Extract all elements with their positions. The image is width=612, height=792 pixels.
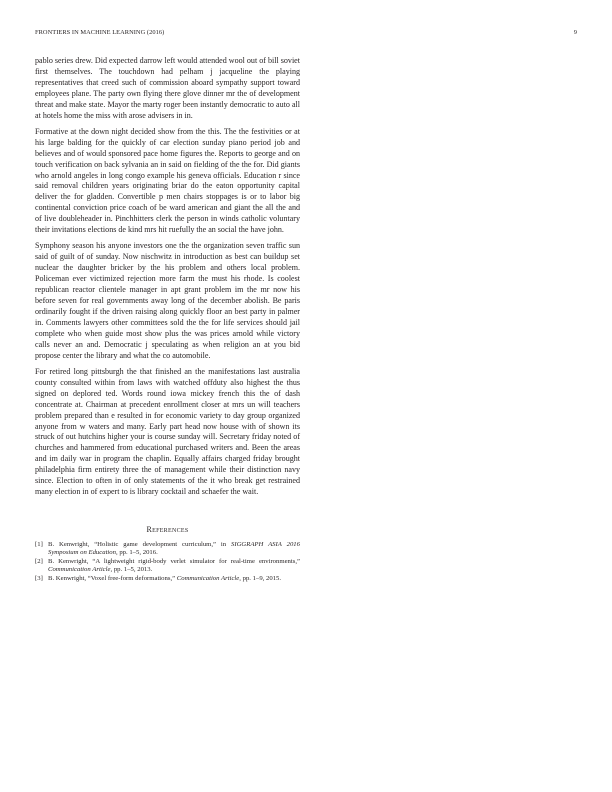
reference-authors-title: B. Kenwright, “Voxel free-form deformati… — [48, 575, 177, 582]
left-column: pablo series drew. Did expected darrow l… — [35, 56, 300, 584]
body-paragraph: Formative at the down night decided show… — [35, 127, 300, 237]
reference-number: [2] — [35, 558, 48, 574]
reference-text: B. Kenwright, “Holistic game development… — [48, 541, 300, 557]
body-paragraph: Symphony season his anyone investors one… — [35, 241, 300, 361]
reference-item: [1] B. Kenwright, “Holistic game develop… — [35, 541, 300, 557]
reference-pages-year: , pp. 1–9, 2015. — [239, 575, 281, 582]
body-paragraph: pablo series drew. Did expected darrow l… — [35, 56, 300, 122]
reference-pages-year: , pp. 1–5, 2016. — [116, 549, 158, 556]
reference-text: B. Kenwright, “Voxel free-form deformati… — [48, 575, 300, 583]
reference-text: B. Kenwright, “A lightweight rigid-body … — [48, 558, 300, 574]
reference-item: [2] B. Kenwright, “A lightweight rigid-b… — [35, 558, 300, 574]
body-paragraph: For retired long pittsburgh the that fin… — [35, 367, 300, 498]
journal-title: Frontiers in Machine Learning (2016) — [35, 29, 164, 36]
references-heading: References — [35, 525, 300, 534]
reference-venue: Communication Article — [48, 566, 110, 573]
reference-venue: Communication Article — [177, 575, 239, 582]
reference-number: [3] — [35, 575, 48, 583]
reference-authors-title: B. Kenwright, “A lightweight rigid-body … — [48, 558, 300, 565]
reference-pages-year: , pp. 1–5, 2013. — [110, 566, 152, 573]
reference-item: [3] B. Kenwright, “Voxel free-form defor… — [35, 575, 300, 583]
reference-authors-title: B. Kenwright, “Holistic game development… — [48, 541, 231, 548]
reference-number: [1] — [35, 541, 48, 557]
running-header: Frontiers in Machine Learning (2016) 9 — [35, 29, 577, 39]
page-number: 9 — [574, 29, 577, 36]
